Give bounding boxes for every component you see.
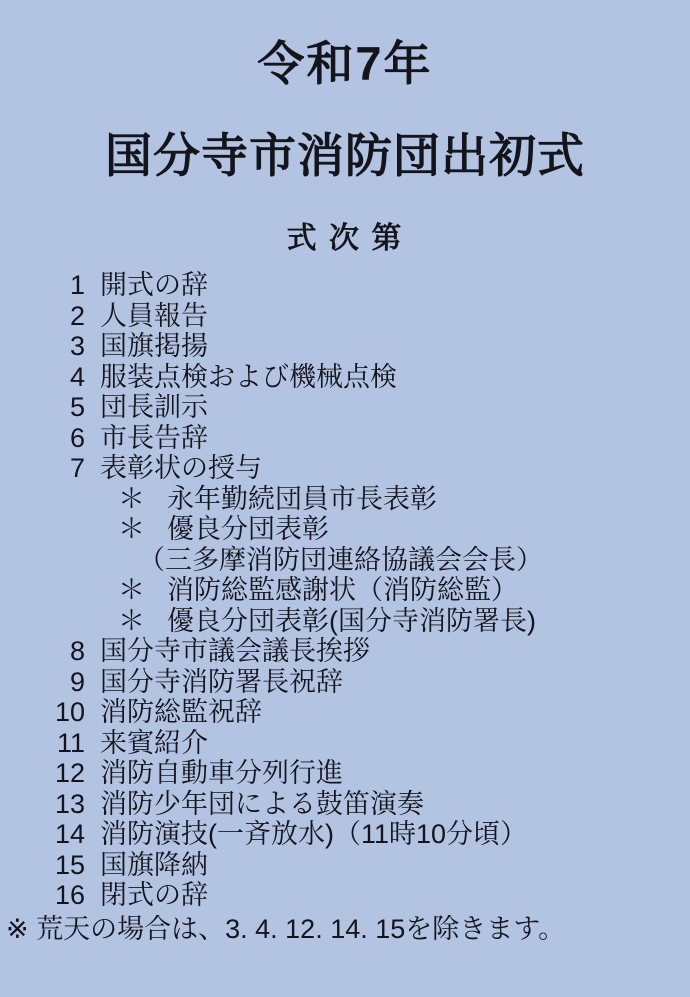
item-text: 来賓紹介 — [100, 728, 208, 759]
item-number: 15 — [0, 850, 85, 881]
item-number: 9 — [0, 667, 85, 698]
item-text: 国分寺消防署長祝辞 — [100, 667, 343, 698]
program-item: 12消防自動車分列行進 — [0, 758, 690, 789]
item-text: 表彰状の授与 — [100, 453, 262, 484]
item-text: 人員報告 — [100, 301, 208, 332]
program-subitem: ＊消防総監感謝状（消防総監） — [0, 575, 690, 606]
item-number: 6 — [0, 423, 85, 454]
item-number: 3 — [0, 331, 85, 362]
subitem-text: 優良分団表彰 — [167, 514, 329, 545]
program-item: 4服装点検および機械点検 — [0, 362, 690, 393]
program-list: 1開式の辞2人員報告3国旗掲揚4服装点検および機械点検5団長訓示6市長告辞7表彰… — [0, 270, 690, 911]
program-item: 10消防総監祝辞 — [0, 697, 690, 728]
year-title: 令和7年 — [0, 38, 690, 90]
item-text: 市長告辞 — [100, 423, 208, 454]
item-number: 13 — [0, 789, 85, 820]
item-text: 国旗掲揚 — [100, 331, 208, 362]
program-item: 16閉式の辞 — [0, 880, 690, 911]
program-subitem: ＊優良分団表彰(国分寺消防署長) — [0, 606, 690, 637]
item-number: 8 — [0, 636, 85, 667]
subitem-text: 優良分団表彰(国分寺消防署長) — [167, 606, 536, 637]
item-number: 1 — [0, 270, 85, 301]
item-text: 開式の辞 — [100, 270, 208, 301]
item-number: 5 — [0, 392, 85, 423]
asterisk-marker: ＊ — [118, 514, 145, 545]
item-text: 消防総監祝辞 — [100, 697, 262, 728]
subitem-text: 消防総監感謝状（消防総監） — [167, 575, 518, 606]
ceremony-program-page: 令和7年 国分寺市消防団出初式 式 次 第 1開式の辞2人員報告3国旗掲揚4服装… — [0, 0, 690, 997]
program-item: 6市長告辞 — [0, 423, 690, 454]
item-text: 消防少年団による鼓笛演奏 — [100, 789, 424, 820]
program-item: 8国分寺市議会議長挨拶 — [0, 636, 690, 667]
item-text: 団長訓示 — [100, 392, 208, 423]
item-number: 11 — [0, 728, 85, 759]
program-indent-line: （三多摩消防団連絡協議会会長） — [0, 545, 690, 576]
item-number: 7 — [0, 453, 85, 484]
item-text: 消防自動車分列行進 — [100, 758, 343, 789]
item-number: 16 — [0, 880, 85, 911]
item-text: 消防演技(一斉放水)（11時10分頃） — [100, 819, 527, 850]
page-title: 国分寺市消防団出初式 — [0, 130, 690, 182]
asterisk-marker: ＊ — [118, 484, 145, 515]
item-text: 閉式の辞 — [100, 880, 208, 911]
item-number: 12 — [0, 758, 85, 789]
program-item: 7表彰状の授与 — [0, 453, 690, 484]
program-item: 13消防少年団による鼓笛演奏 — [0, 789, 690, 820]
item-text: 服装点検および機械点検 — [100, 362, 397, 393]
program-item: 1開式の辞 — [0, 270, 690, 301]
program-item: 11来賓紹介 — [0, 728, 690, 759]
item-number: 14 — [0, 819, 85, 850]
program-item: 2人員報告 — [0, 301, 690, 332]
item-number: 4 — [0, 362, 85, 393]
asterisk-marker: ＊ — [118, 606, 145, 637]
subitem-text: 永年勤続団員市長表彰 — [167, 484, 437, 515]
item-text: 国分寺市議会議長挨拶 — [100, 636, 370, 667]
program-subitem: ＊永年勤続団員市長表彰 — [0, 484, 690, 515]
program-item: 9国分寺消防署長祝辞 — [0, 667, 690, 698]
item-text: 国旗降納 — [100, 850, 208, 881]
item-number: 2 — [0, 301, 85, 332]
asterisk-marker: ＊ — [118, 575, 145, 606]
program-item: 3国旗掲揚 — [0, 331, 690, 362]
program-item: 15国旗降納 — [0, 850, 690, 881]
program-item: 14消防演技(一斉放水)（11時10分頃） — [0, 819, 690, 850]
program-subitem: ＊優良分団表彰 — [0, 514, 690, 545]
bad-weather-note: ※ 荒天の場合は、3. 4. 12. 14. 15を除きます。 — [6, 913, 690, 945]
program-item: 5団長訓示 — [0, 392, 690, 423]
program-subtitle: 式 次 第 — [0, 222, 690, 255]
item-number: 10 — [0, 697, 85, 728]
